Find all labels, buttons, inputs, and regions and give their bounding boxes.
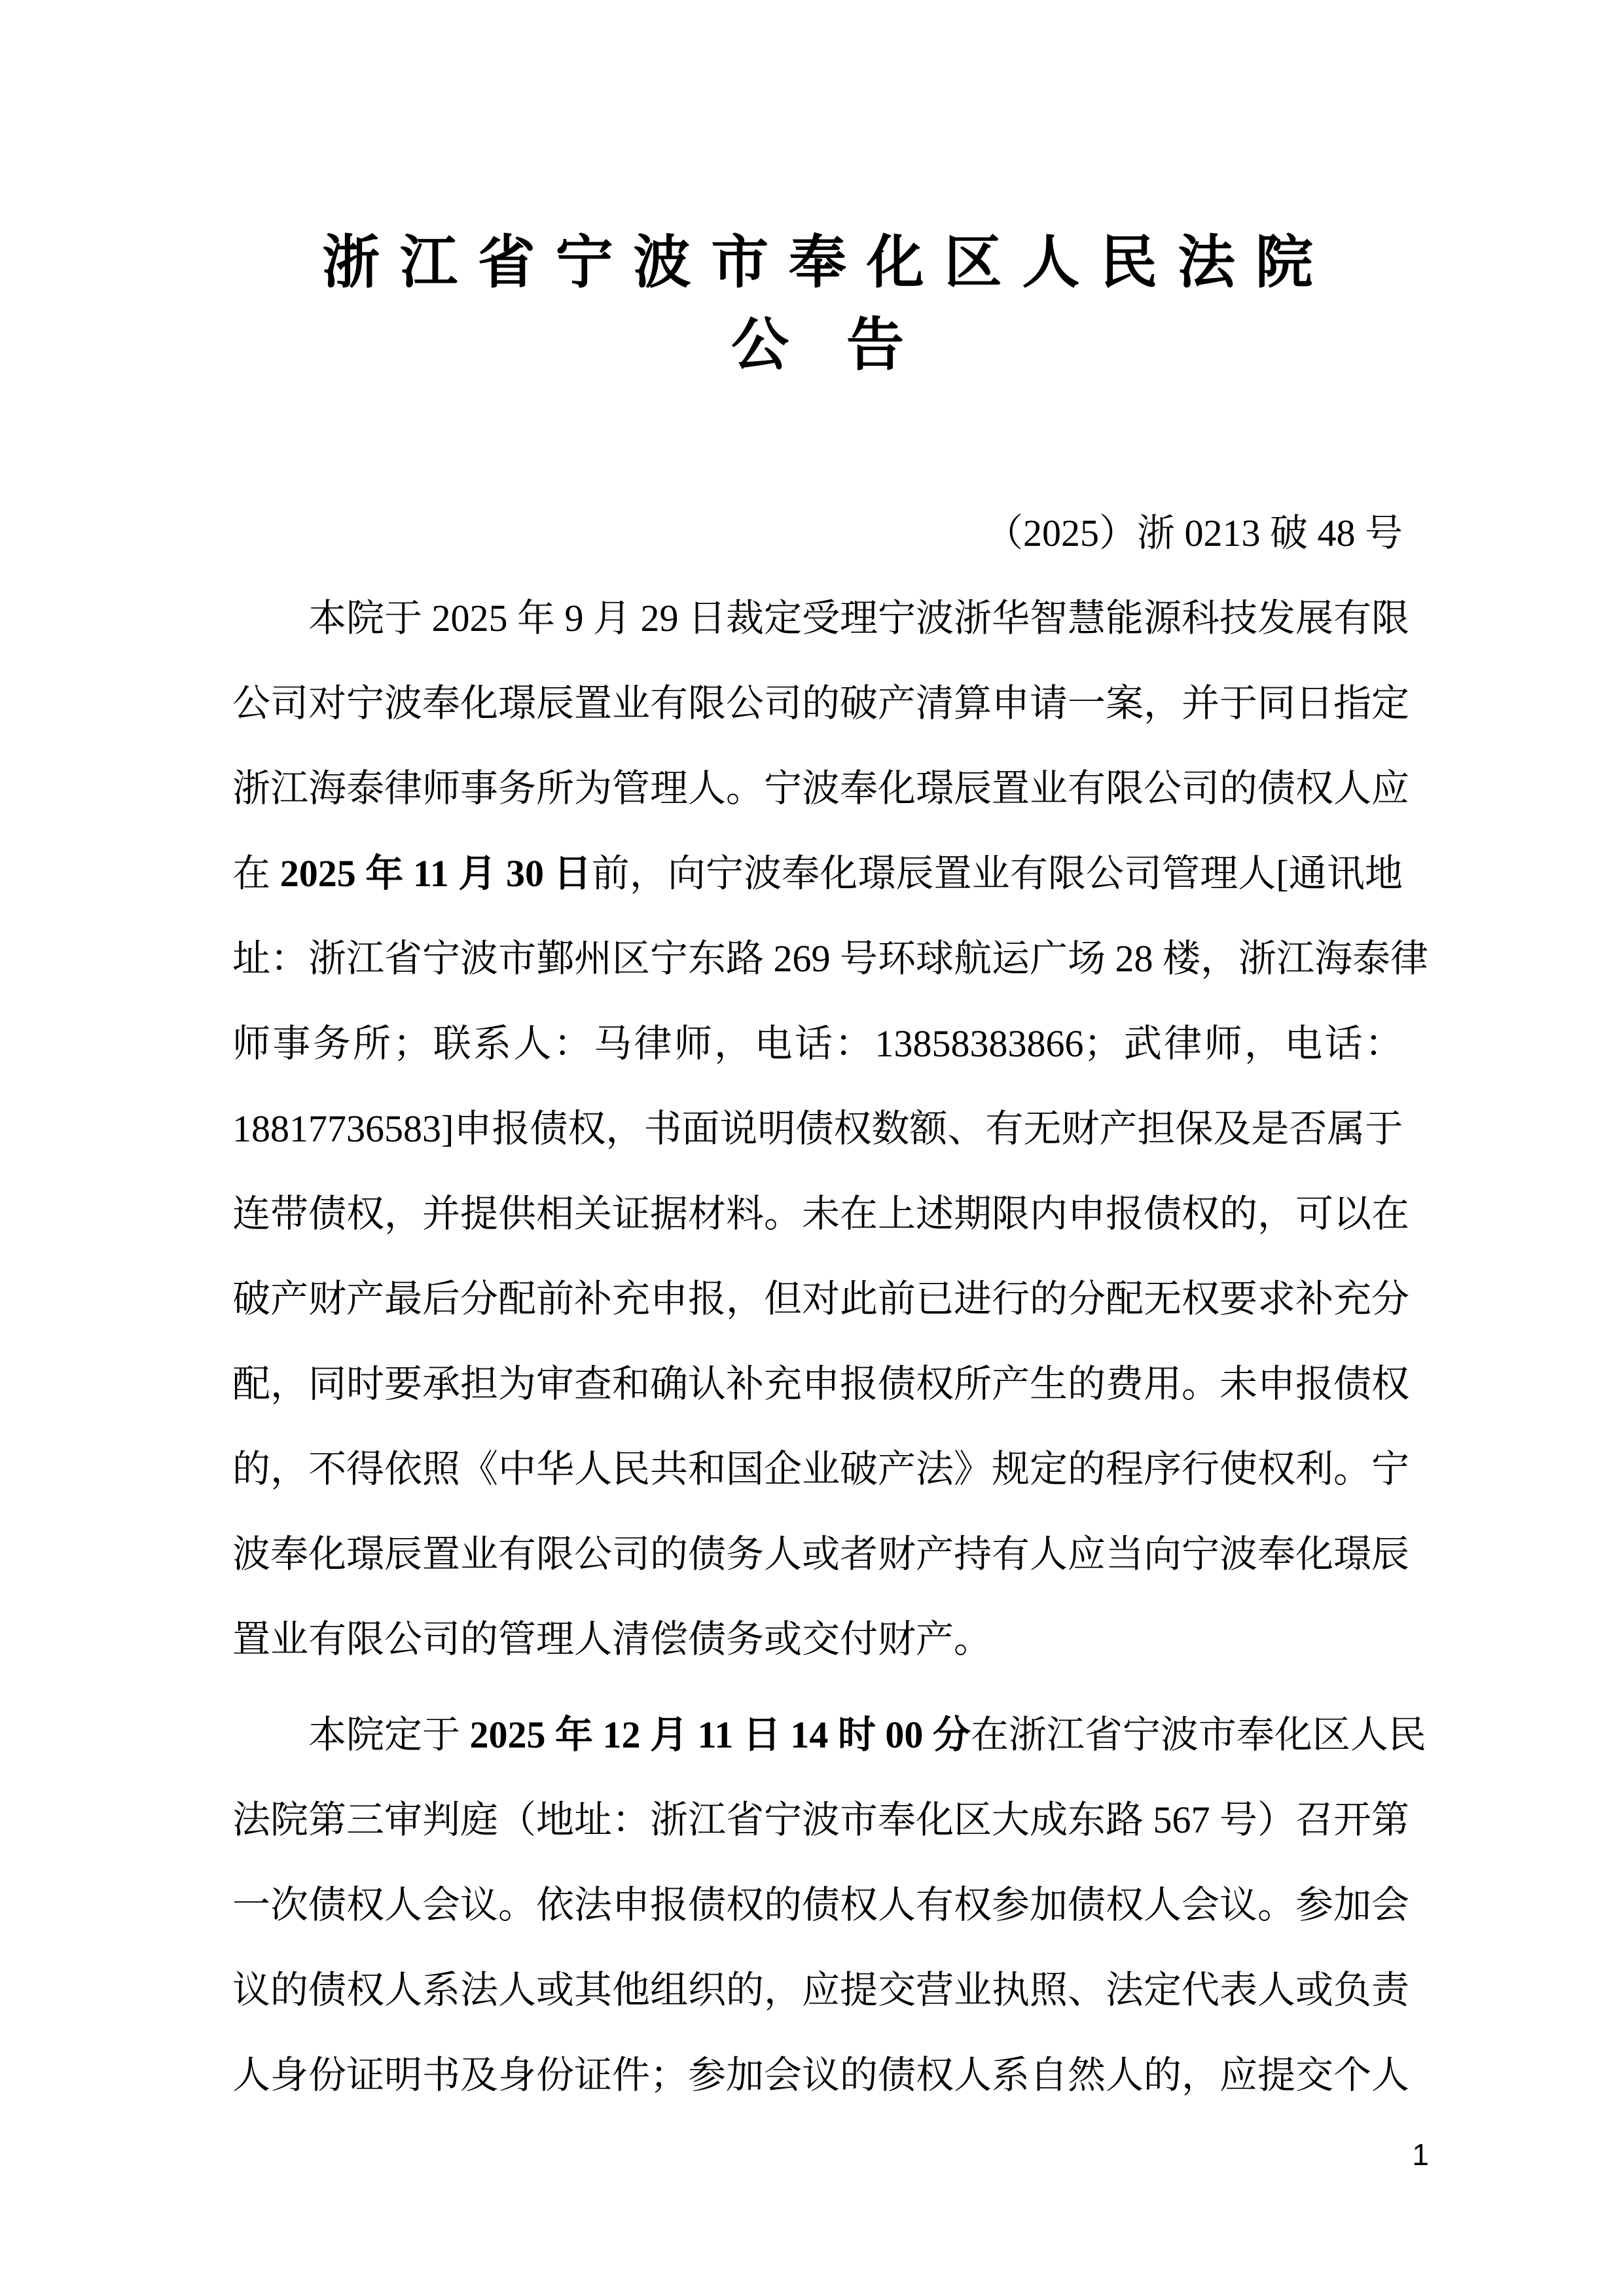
body-line: 连带债权，并提供相关证据材料。未在上述期限内申报债权的，可以在 <box>232 1172 1403 1257</box>
body-line: 浙江海泰律师事务所为管理人。宁波奉化璟辰置业有限公司的债权人应 <box>232 746 1403 831</box>
body-line: 波奉化璟辰置业有限公司的债务人或者财产持有人应当向宁波奉化璟辰 <box>232 1512 1403 1597</box>
line-text: 在浙江省宁波市奉化区人民 <box>971 1713 1426 1756</box>
body-line: 在 2025 年 11 月 30 日前，向宁波奉化璟辰置业有限公司管理人[通讯地 <box>232 831 1403 916</box>
line-text: 本院定于 <box>308 1713 470 1756</box>
body-line: 置业有限公司的管理人清偿债务或交付财产。 <box>232 1597 1403 1682</box>
line-text: 连带债权，并提供相关证据材料。未在上述期限内申报债权的，可以在 <box>232 1193 1409 1235</box>
line-text: 前，向宁波奉化璟辰置业有限公司管理人[通讯地 <box>592 852 1403 895</box>
body-line: 配，同时要承担为审查和确认补充申报债权所产生的费用。未申报债权 <box>232 1342 1403 1427</box>
body-line: 的，不得依照《中华人民共和国企业破产法》规定的程序行使权利。宁 <box>232 1427 1403 1512</box>
body-line: 本院于 2025 年 9 月 29 日裁定受理宁波浙华智慧能源科技发展有限 <box>232 576 1403 661</box>
body-line: 18817736583]申报债权，书面说明债权数额、有无财产担保及是否属于 <box>232 1086 1403 1172</box>
body-line: 人身份证明书及身份证件；参加会议的债权人系自然人的，应提交个人 <box>232 2033 1403 2118</box>
line-bold-date: 2025 年 12 月 11 日 14 时 00 分 <box>470 1713 971 1756</box>
body-line: 址：浙江省宁波市鄞州区宁东路 269 号环球航运广场 28 楼，浙江海泰律 <box>232 916 1403 1001</box>
line-text: 破产财产最后分配前补充申报，但对此前已进行的分配无权要求补充分 <box>232 1278 1409 1320</box>
announcement-title: 公 告 <box>232 305 1403 387</box>
line-text: 在 <box>232 852 280 895</box>
page-number: 1 <box>232 2135 1429 2174</box>
document-page: 浙江省宁波市奉化区人民法院 公 告 （2025）浙 0213 破 48 号 本院… <box>0 0 1624 2296</box>
line-text: 议的债权人系法人或其他组织的，应提交营业执照、法定代表人或负责 <box>232 1969 1409 2011</box>
line-text: 配，同时要承担为审查和确认补充申报债权所产生的费用。未申报债权 <box>232 1363 1409 1405</box>
body-line: 法院第三审判庭（地址：浙江省宁波市奉化区大成东路 567 号）召开第 <box>232 1778 1403 1863</box>
court-name-title: 浙江省宁波市奉化区人民法院 <box>232 223 1403 305</box>
line-bold-date: 2025 年 11 月 30 日 <box>280 852 592 895</box>
line-text: 一次债权人会议。依法申报债权的债权人有权参加债权人会议。参加会 <box>232 1884 1409 1926</box>
line-text: 人身份证明书及身份证件；参加会议的债权人系自然人的，应提交个人 <box>232 2054 1409 2096</box>
case-number: （2025）浙 0213 破 48 号 <box>232 491 1403 576</box>
body-line: 一次债权人会议。依法申报债权的债权人有权参加债权人会议。参加会 <box>232 1863 1403 1948</box>
line-text: 的，不得依照《中华人民共和国企业破产法》规定的程序行使权利。宁 <box>232 1448 1409 1490</box>
body-line: 本院定于 2025 年 12 月 11 日 14 时 00 分在浙江省宁波市奉化… <box>232 1693 1403 1778</box>
body-line: 师事务所；联系人：马律师，电话：13858383866；武律师，电话： <box>232 1001 1403 1086</box>
body-line: 破产财产最后分配前补充申报，但对此前已进行的分配无权要求补充分 <box>232 1257 1403 1342</box>
paragraph-1: 本院于 2025 年 9 月 29 日裁定受理宁波浙华智慧能源科技发展有限 公司… <box>232 576 1403 1682</box>
document-content: 浙江省宁波市奉化区人民法院 公 告 （2025）浙 0213 破 48 号 本院… <box>232 0 1403 2174</box>
line-text: 浙江海泰律师事务所为管理人。宁波奉化璟辰置业有限公司的债权人应 <box>232 767 1409 810</box>
body-line: 议的债权人系法人或其他组织的，应提交营业执照、法定代表人或负责 <box>232 1948 1403 2033</box>
body-line: 公司对宁波奉化璟辰置业有限公司的破产清算申请一案，并于同日指定 <box>232 661 1403 746</box>
line-text: 置业有限公司的管理人清偿债务或交付财产。 <box>232 1618 992 1660</box>
line-text: 址：浙江省宁波市鄞州区宁东路 269 号环球航运广场 28 楼，浙江海泰律 <box>232 937 1428 980</box>
line-text: 本院于 2025 年 9 月 29 日裁定受理宁波浙华智慧能源科技发展有限 <box>308 597 1409 639</box>
line-text: 法院第三审判庭（地址：浙江省宁波市奉化区大成东路 567 号）召开第 <box>232 1799 1409 1841</box>
line-text: 师事务所；联系人：马律师，电话：13858383866；武律师，电话： <box>232 1022 1403 1065</box>
line-text: 公司对宁波奉化璟辰置业有限公司的破产清算申请一案，并于同日指定 <box>232 682 1409 725</box>
line-text: 波奉化璟辰置业有限公司的债务人或者财产持有人应当向宁波奉化璟辰 <box>232 1533 1409 1575</box>
line-text: 18817736583]申报债权，书面说明债权数额、有无财产担保及是否属于 <box>232 1107 1403 1150</box>
paragraph-2: 本院定于 2025 年 12 月 11 日 14 时 00 分在浙江省宁波市奉化… <box>232 1693 1403 2118</box>
